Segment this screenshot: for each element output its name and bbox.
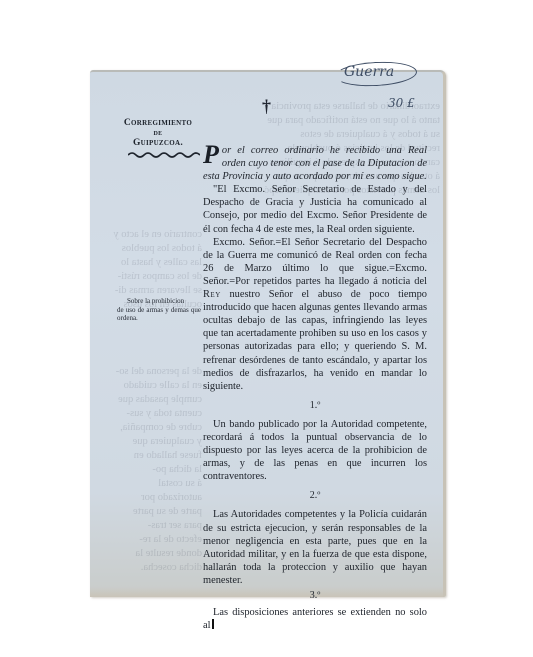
article-3-text-content: Las disposiciones anteriores se extiende… xyxy=(203,607,427,631)
bleed-line: las calles y hasta lo xyxy=(98,256,202,270)
issuer-line-2: de xyxy=(118,128,198,138)
bleed-line: cuenta toda y sus- xyxy=(98,407,202,421)
bleed-line: parte de su parte xyxy=(98,505,202,519)
article-3-text: Las disposiciones anteriores se extiende… xyxy=(203,606,427,632)
bleed-line: efecto de la re- xyxy=(98,533,202,547)
handwritten-annotation: Guerra xyxy=(344,64,394,80)
document-body: Por el correo ordinario he recibido una … xyxy=(203,144,427,632)
drop-cap: P xyxy=(203,145,219,165)
bleed-line: se llevaren armas di- xyxy=(98,284,202,298)
paragraph-1: "El Excmo. Señor Secretario de Estado y … xyxy=(203,183,427,235)
text-cursor-mark xyxy=(212,619,214,629)
intro-paragraph: Por el correo ordinario he recibido una … xyxy=(203,144,427,183)
article-3-number: 3.º xyxy=(203,589,427,602)
bleed-line: tanto á lo que no está notificado para q… xyxy=(265,114,440,128)
article-1-number: 1.º xyxy=(203,399,427,412)
bleed-through-left-2: de la persona del so- en la calle cuidad… xyxy=(98,365,202,575)
article-2-number: 2.º xyxy=(203,489,427,502)
sidenote-first-line: Sobre la prohibicion xyxy=(117,297,201,306)
bleed-line: á su costal xyxy=(98,477,202,491)
bleed-line: contrario en el acto y xyxy=(98,228,202,242)
bleed-line: y cualquiera que xyxy=(98,435,202,449)
bleed-line: de los campos rústi- xyxy=(98,270,202,284)
intro-text: or el correo ordinario he recibido una R… xyxy=(203,145,427,182)
bleed-line: en la calle cuidado xyxy=(98,379,202,393)
paragraph-2-text-b: nuestro Señor el abuso de poco tiempo in… xyxy=(203,289,427,392)
ornamental-wave-rule xyxy=(128,150,200,158)
article-2-text: Las Autoridades competentes y la Policía… xyxy=(203,508,427,587)
cross-symbol: † xyxy=(262,96,271,117)
bleed-line: para ser tras- xyxy=(98,519,202,533)
issuer-header: Corregimiento de Guipuzcoa. xyxy=(118,118,198,148)
bleed-line: cumple pasadas que xyxy=(98,393,202,407)
bleed-line: la dicha po- xyxy=(98,463,202,477)
rey-small-caps: Rey xyxy=(203,289,221,300)
handwritten-folio-number: 30 £ xyxy=(388,96,415,110)
bleed-line: dicha cosecha. xyxy=(98,561,202,575)
margin-sidenote: Sobre la prohibicion de uso de armas y d… xyxy=(117,297,201,323)
article-1-text: Un bando publicado por la Autoridad comp… xyxy=(203,418,427,483)
issuer-line-1: Corregimiento xyxy=(118,118,198,128)
bleed-line: autorizado por xyxy=(98,491,202,505)
paragraph-2: Excmo. Señor.=El Señor Secretario del De… xyxy=(203,236,427,393)
bleed-line: fuese hallado en xyxy=(98,449,202,463)
bleed-line: su á todos y á cualquiera de estos xyxy=(265,128,440,142)
bleed-line: cubre de compañía, xyxy=(98,421,202,435)
bleed-line: donde resulte la xyxy=(98,547,202,561)
bleed-line: á todos los pueblos xyxy=(98,242,202,256)
issuer-line-3: Guipuzcoa. xyxy=(118,138,198,148)
bleed-line: de la persona del so- xyxy=(98,365,202,379)
paragraph-2-text-a: Excmo. Señor.=El Señor Secretario del De… xyxy=(203,237,427,287)
sidenote-rest: de uso de armas y demas que ordena. xyxy=(117,306,201,323)
